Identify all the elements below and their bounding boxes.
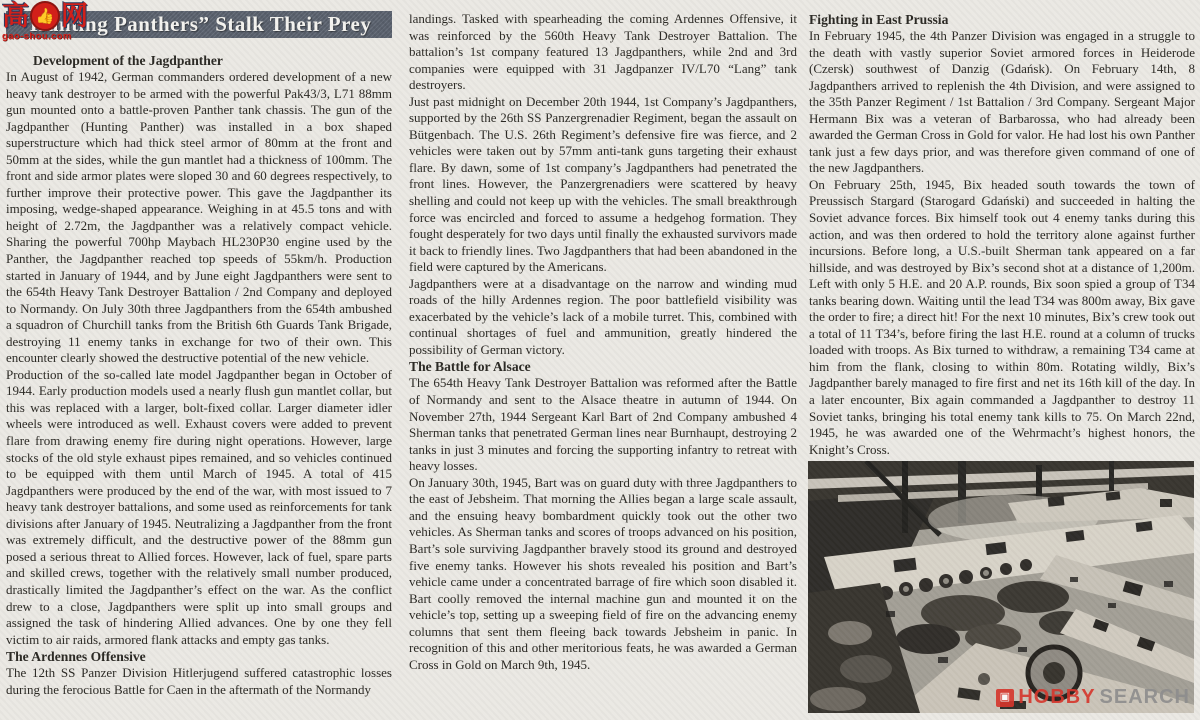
column-3: Fighting in East Prussia In February 194… xyxy=(809,11,1195,458)
paragraph: Jagdpanthers were at a disadvantage on t… xyxy=(409,276,797,359)
heading-ardennes-offensive: The Ardennes Offensive xyxy=(6,648,392,665)
scanned-article-page: 高 👍 网 gao-shou.com “Hunting Panthers” St… xyxy=(0,0,1200,720)
paragraph: In February 1945, the 4th Panzer Divisio… xyxy=(809,28,1195,177)
paragraph: Just past midnight on December 20th 1944… xyxy=(409,94,797,276)
column-2: landings. Tasked with spearheading the c… xyxy=(409,11,797,673)
hobby-search-watermark-hobby: HOBBY xyxy=(1018,686,1095,709)
heading-fighting-in-east-prussia: Fighting in East Prussia xyxy=(809,11,1195,28)
hobby-search-logo-icon: ▣ xyxy=(996,689,1014,707)
paragraph: The 12th SS Panzer Division Hitlerjugend… xyxy=(6,665,392,698)
factory-photo-art xyxy=(808,461,1194,713)
site-watermark-cn-right: 网 xyxy=(61,3,88,30)
hobby-search-watermark: ▣ HOBBY SEARCH xyxy=(996,686,1190,709)
paragraph: The 654th Heavy Tank Destroyer Battalion… xyxy=(409,375,797,474)
hobby-search-watermark-search: SEARCH xyxy=(1100,686,1190,709)
factory-photo: ▣ HOBBY SEARCH xyxy=(808,461,1194,713)
paragraph: Production of the so-called late model J… xyxy=(6,367,392,648)
paragraph: On January 30th, 1945, Bart was on guard… xyxy=(409,475,797,674)
site-watermark-row: 高 👍 网 xyxy=(2,1,98,31)
heading-development: Development of the Jagdpanther xyxy=(6,52,392,69)
paragraph: In August of 1942, German commanders ord… xyxy=(6,69,392,367)
heading-battle-for-alsace: The Battle for Alsace xyxy=(409,358,797,375)
site-watermark-logo: 高 👍 网 gao-shou.com xyxy=(2,1,98,42)
column-1: “Hunting Panthers” Stalk Their Prey Deve… xyxy=(6,11,392,698)
site-watermark-cn-left: 高 xyxy=(2,3,29,30)
paragraph: landings. Tasked with spearheading the c… xyxy=(409,11,797,94)
paragraph: On February 25th, 1945, Bix headed south… xyxy=(809,177,1195,458)
thumbs-up-icon: 👍 xyxy=(30,1,60,31)
site-watermark-url: gao-shou.com xyxy=(2,32,98,42)
